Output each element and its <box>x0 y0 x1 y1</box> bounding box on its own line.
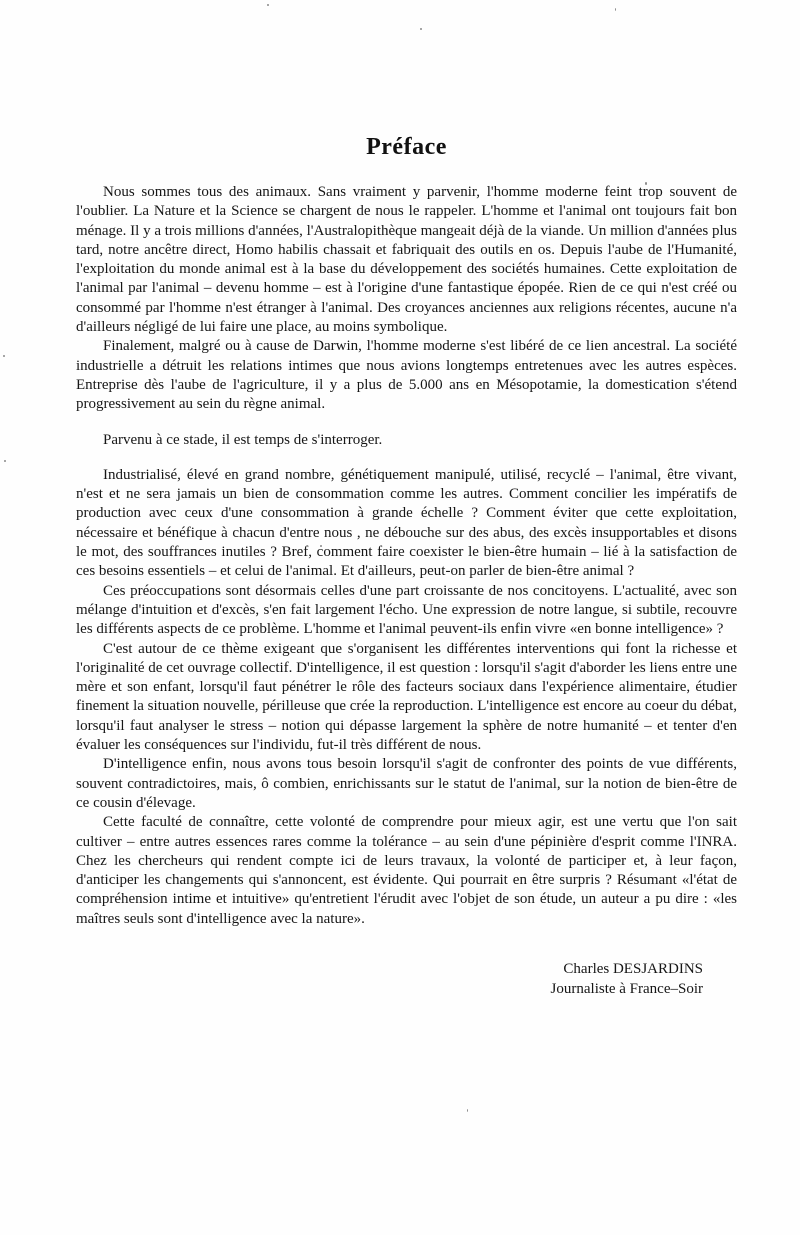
preface-paragraph-5: Ces préoccupations sont désormais celles… <box>76 582 737 640</box>
scan-speck <box>4 460 6 462</box>
preface-paragraph-2: Finalement, malgré ou à cause de Darwin,… <box>76 337 737 414</box>
preface-paragraph-6: C'est autour de ce thème exigeant que s'… <box>76 640 737 756</box>
preface-paragraph-4: Industrialisé, élevé en grand nombre, gé… <box>76 466 737 582</box>
signature-name: Charles DESJARDINS <box>76 959 703 979</box>
preface-paragraph-1: Nous sommes tous des animaux. Sans vraim… <box>76 183 737 337</box>
scan-speck <box>645 182 647 185</box>
scanned-page: Préface Nous sommes tous des animaux. Sa… <box>0 0 800 1235</box>
preface-body: Nous sommes tous des animaux. Sans vraim… <box>76 183 737 929</box>
scan-speck <box>420 28 422 30</box>
scan-speck <box>3 355 5 357</box>
signature-role: Journaliste à France–Soir <box>76 979 703 999</box>
scan-speck <box>320 545 322 547</box>
scan-speck <box>267 4 269 6</box>
signature-block: Charles DESJARDINS Journaliste à France–… <box>76 959 737 999</box>
page-title: Préface <box>76 0 737 161</box>
preface-paragraph-3: Parvenu à ce stade, il est temps de s'in… <box>76 431 737 450</box>
preface-paragraph-8: Cette faculté de connaître, cette volont… <box>76 813 737 929</box>
scan-speck <box>615 8 616 11</box>
preface-paragraph-7: D'intelligence enfin, nous avons tous be… <box>76 755 737 813</box>
scan-speck <box>467 1109 468 1112</box>
